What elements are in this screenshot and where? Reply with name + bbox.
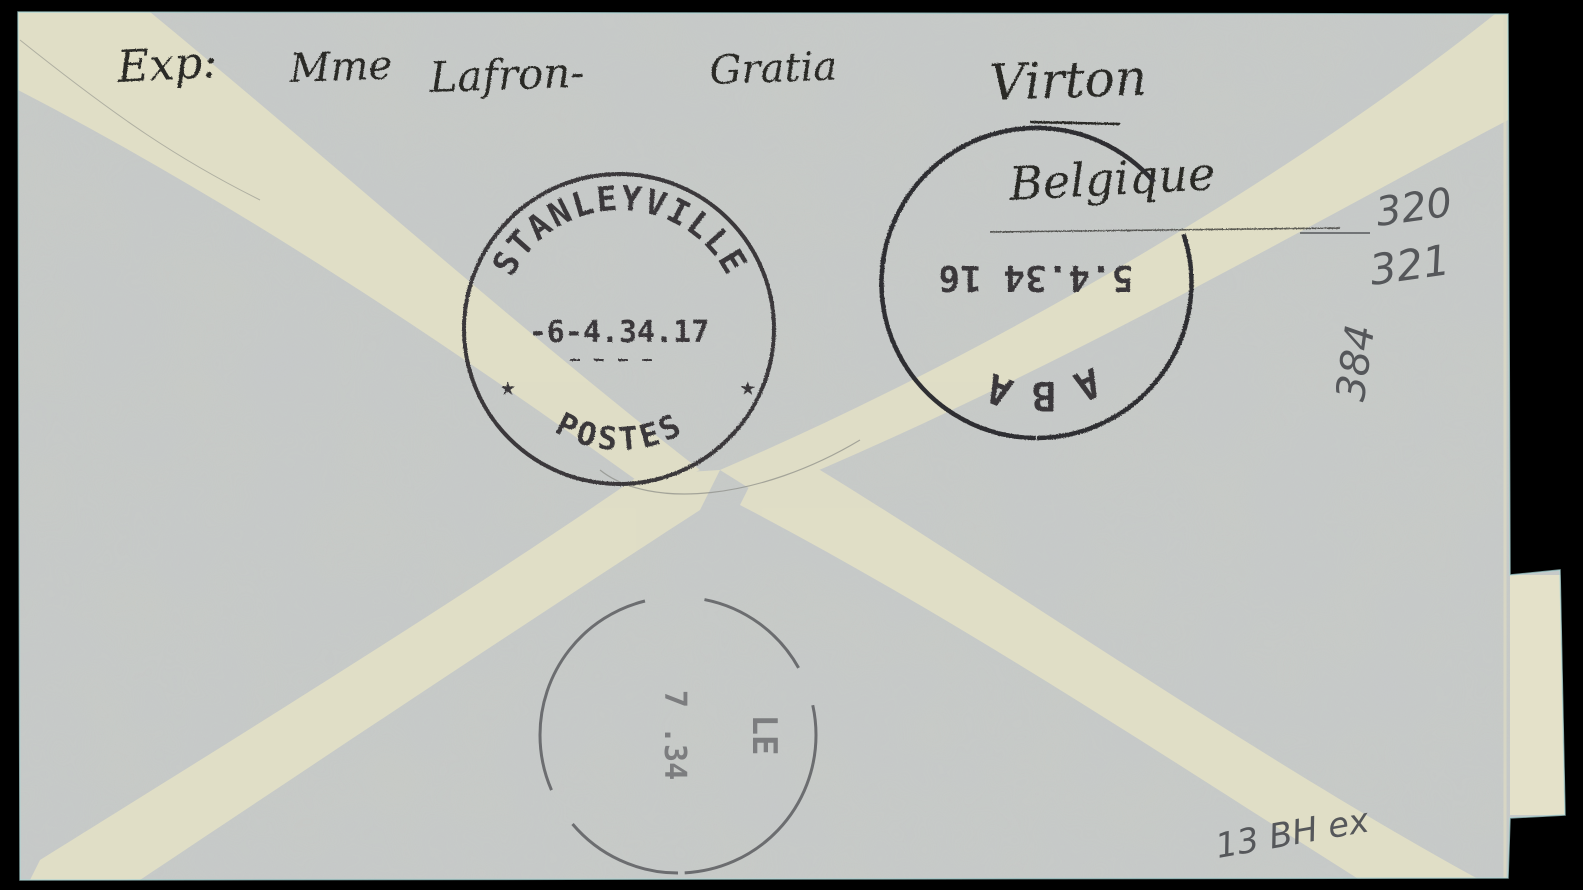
postmark-transit-date: 5.4.34 16 (938, 257, 1133, 298)
sender-exp: Exp: (115, 37, 218, 93)
sender-name-2: Gratia (709, 44, 838, 94)
sender-title: Mme (288, 42, 393, 92)
postmark-arrival-date: 7 .34 (657, 690, 692, 780)
star-icon: ★ (500, 372, 516, 402)
star-icon: ★ (740, 372, 756, 402)
envelope-paper (0, 0, 1583, 890)
envelope-back-photo: Exp: Mme Lafron- Gratia Virton Belgique … (0, 0, 1583, 890)
sender-town: Virton (988, 49, 1147, 112)
sender-name-1: Lafron- (428, 48, 586, 102)
sender-country: Belgique (1007, 146, 1217, 211)
postmark-date: -6-4.34.17 (529, 315, 710, 350)
postmark-arrival-town: LE (744, 715, 784, 756)
